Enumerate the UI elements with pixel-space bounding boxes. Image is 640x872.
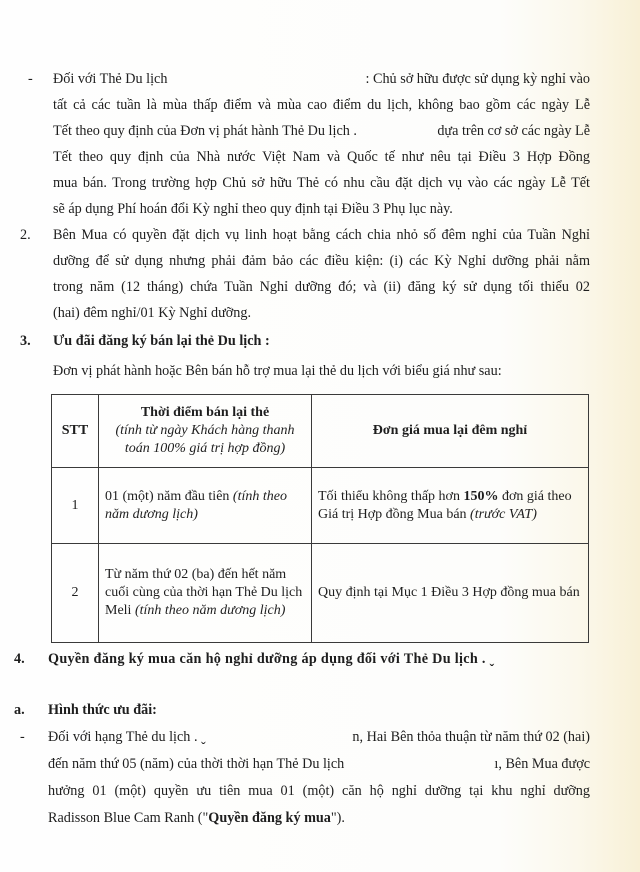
paragraph-line: đến năm thứ 05 (năm) của thời thời hạn T… (48, 755, 344, 773)
section-title: Ưu đãi đăng ký bán lại thẻ Du lịch : (53, 332, 270, 350)
paragraph-line: hưởng 01 (một) quyền ưu tiên mua 01 (một… (48, 782, 590, 800)
cell-price: Quy định tại Mục 1 Điều 3 Hợp đồng mua b… (312, 544, 589, 643)
paragraph-line: Bên Mua có quyền đặt dịch vụ linh hoạt b… (53, 226, 590, 244)
paragraph-line: dưỡng để sử dụng nhưng phải đảm bảo các … (53, 252, 590, 270)
table-row: 2 Từ năm thứ 02 (ba) đến hết năm cuối cù… (52, 544, 589, 643)
bullet-dash: - (28, 70, 33, 88)
table-header-row: STT Thời điểm bán lại thẻ (tính từ ngày … (52, 395, 589, 468)
header-resale-time: Thời điểm bán lại thẻ (tính từ ngày Khác… (99, 395, 312, 468)
table-row: 1 01 (một) năm đầu tiên (tính theo năm d… (52, 468, 589, 544)
header-price: Đơn giá mua lại đêm nghỉ (312, 395, 589, 468)
paragraph-line: (hai) đêm nghỉ/01 Kỳ Nghỉ dưỡng. (53, 304, 251, 322)
paragraph-line: ı, Bên Mua được (400, 755, 590, 773)
paragraph-line: sẽ áp dụng Phí hoán đổi Kỳ nghỉ theo quy… (53, 200, 453, 218)
subsection-label: a. (14, 701, 25, 719)
paragraph-line: n, Hai Bên thỏa thuận từ năm thứ 02 (hai… (310, 728, 590, 746)
subsection-title: Hình thức ưu đãi: (48, 701, 157, 719)
header-stt: STT (52, 395, 99, 468)
paragraph-line: dựa trên cơ sở các ngày Lễ (395, 122, 590, 140)
cell-price: Tối thiểu không thấp hơn 150% đơn giá th… (312, 468, 589, 544)
paragraph-line: Tết theo quy định của Đơn vị phát hành T… (53, 122, 357, 140)
paragraph-line: : Chủ sở hữu được sử dụng kỳ nghỉ vào (340, 70, 590, 88)
paragraph-line: tất cả các tuần là mùa thấp điểm và mùa … (53, 96, 590, 114)
cell-stt: 1 (52, 468, 99, 544)
paragraph-line: Radisson Blue Cam Ranh ("Quyền đăng ký m… (48, 809, 345, 827)
bullet-dash: - (20, 728, 25, 746)
section-number: 4. (14, 650, 25, 668)
cell-time: Từ năm thứ 02 (ba) đến hết năm cuối cùng… (99, 544, 312, 643)
section-intro: Đơn vị phát hành hoặc Bên bán hỗ trợ mua… (53, 362, 502, 380)
cell-time: 01 (một) năm đầu tiên (tính theo năm dươ… (99, 468, 312, 544)
document-page: - Đối với Thẻ Du lịch : Chủ sở hữu được … (0, 0, 640, 872)
header-resale-time-title: Thời điểm bán lại thẻ (141, 405, 269, 420)
paragraph-line: Tết theo quy định của Nhà nước Việt Nam … (53, 148, 590, 166)
section-number: 3. (20, 332, 31, 350)
paragraph-line: trong năm (12 tháng) chứa Tuần Nghỉ dưỡn… (53, 278, 590, 296)
paragraph-line: Đối với Thẻ Du lịch (53, 70, 167, 88)
cell-stt: 2 (52, 544, 99, 643)
section-number: 2. (20, 226, 31, 244)
resale-price-table: STT Thời điểm bán lại thẻ (tính từ ngày … (51, 394, 589, 643)
header-resale-time-note: (tính từ ngày Khách hàng thanh toán 100%… (103, 422, 307, 458)
section-title: Quyền đăng ký mua căn hộ nghỉ dưỡng áp d… (48, 650, 495, 668)
paragraph-line: Đối với hạng Thẻ du lịch . ˬ (48, 728, 206, 746)
paragraph-line: mua bán. Trong trường hợp Chủ sở hữu Thẻ… (53, 174, 590, 192)
